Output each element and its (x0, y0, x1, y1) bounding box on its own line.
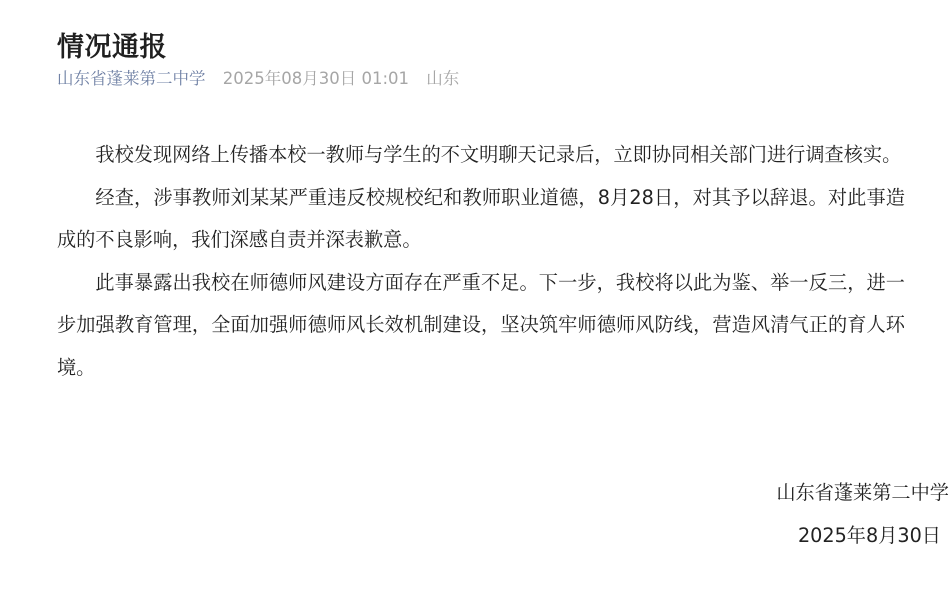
article-meta: 山东省蓬莱第二中学 2025年08月30日 01:01 山东 (57, 66, 459, 92)
publish-location: 山东 (426, 69, 459, 88)
article-body: 我校发现网络上传播本校一教师与学生的不文明聊天记录后，立即协同相关部门进行调查核… (57, 134, 905, 389)
account-name-link[interactable]: 山东省蓬莱第二中学 (57, 69, 206, 88)
paragraph: 经查，涉事教师刘某某严重违反校规校纪和教师职业道德，8月28日，对其予以辞退。对… (57, 177, 905, 262)
paragraph: 我校发现网络上传播本校一教师与学生的不文明聊天记录后，立即协同相关部门进行调查核… (57, 134, 905, 177)
article-title: 情况通报 (57, 30, 167, 66)
signature-organization: 山东省蓬莱第二中学 (776, 478, 949, 508)
paragraph: 此事暴露出我校在师德师风建设方面存在严重不足。下一步，我校将以此为鉴、举一反三，… (57, 262, 905, 390)
signature-date: 2025年8月30日 (798, 521, 941, 551)
publish-datetime: 2025年08月30日 01:01 (223, 69, 409, 88)
